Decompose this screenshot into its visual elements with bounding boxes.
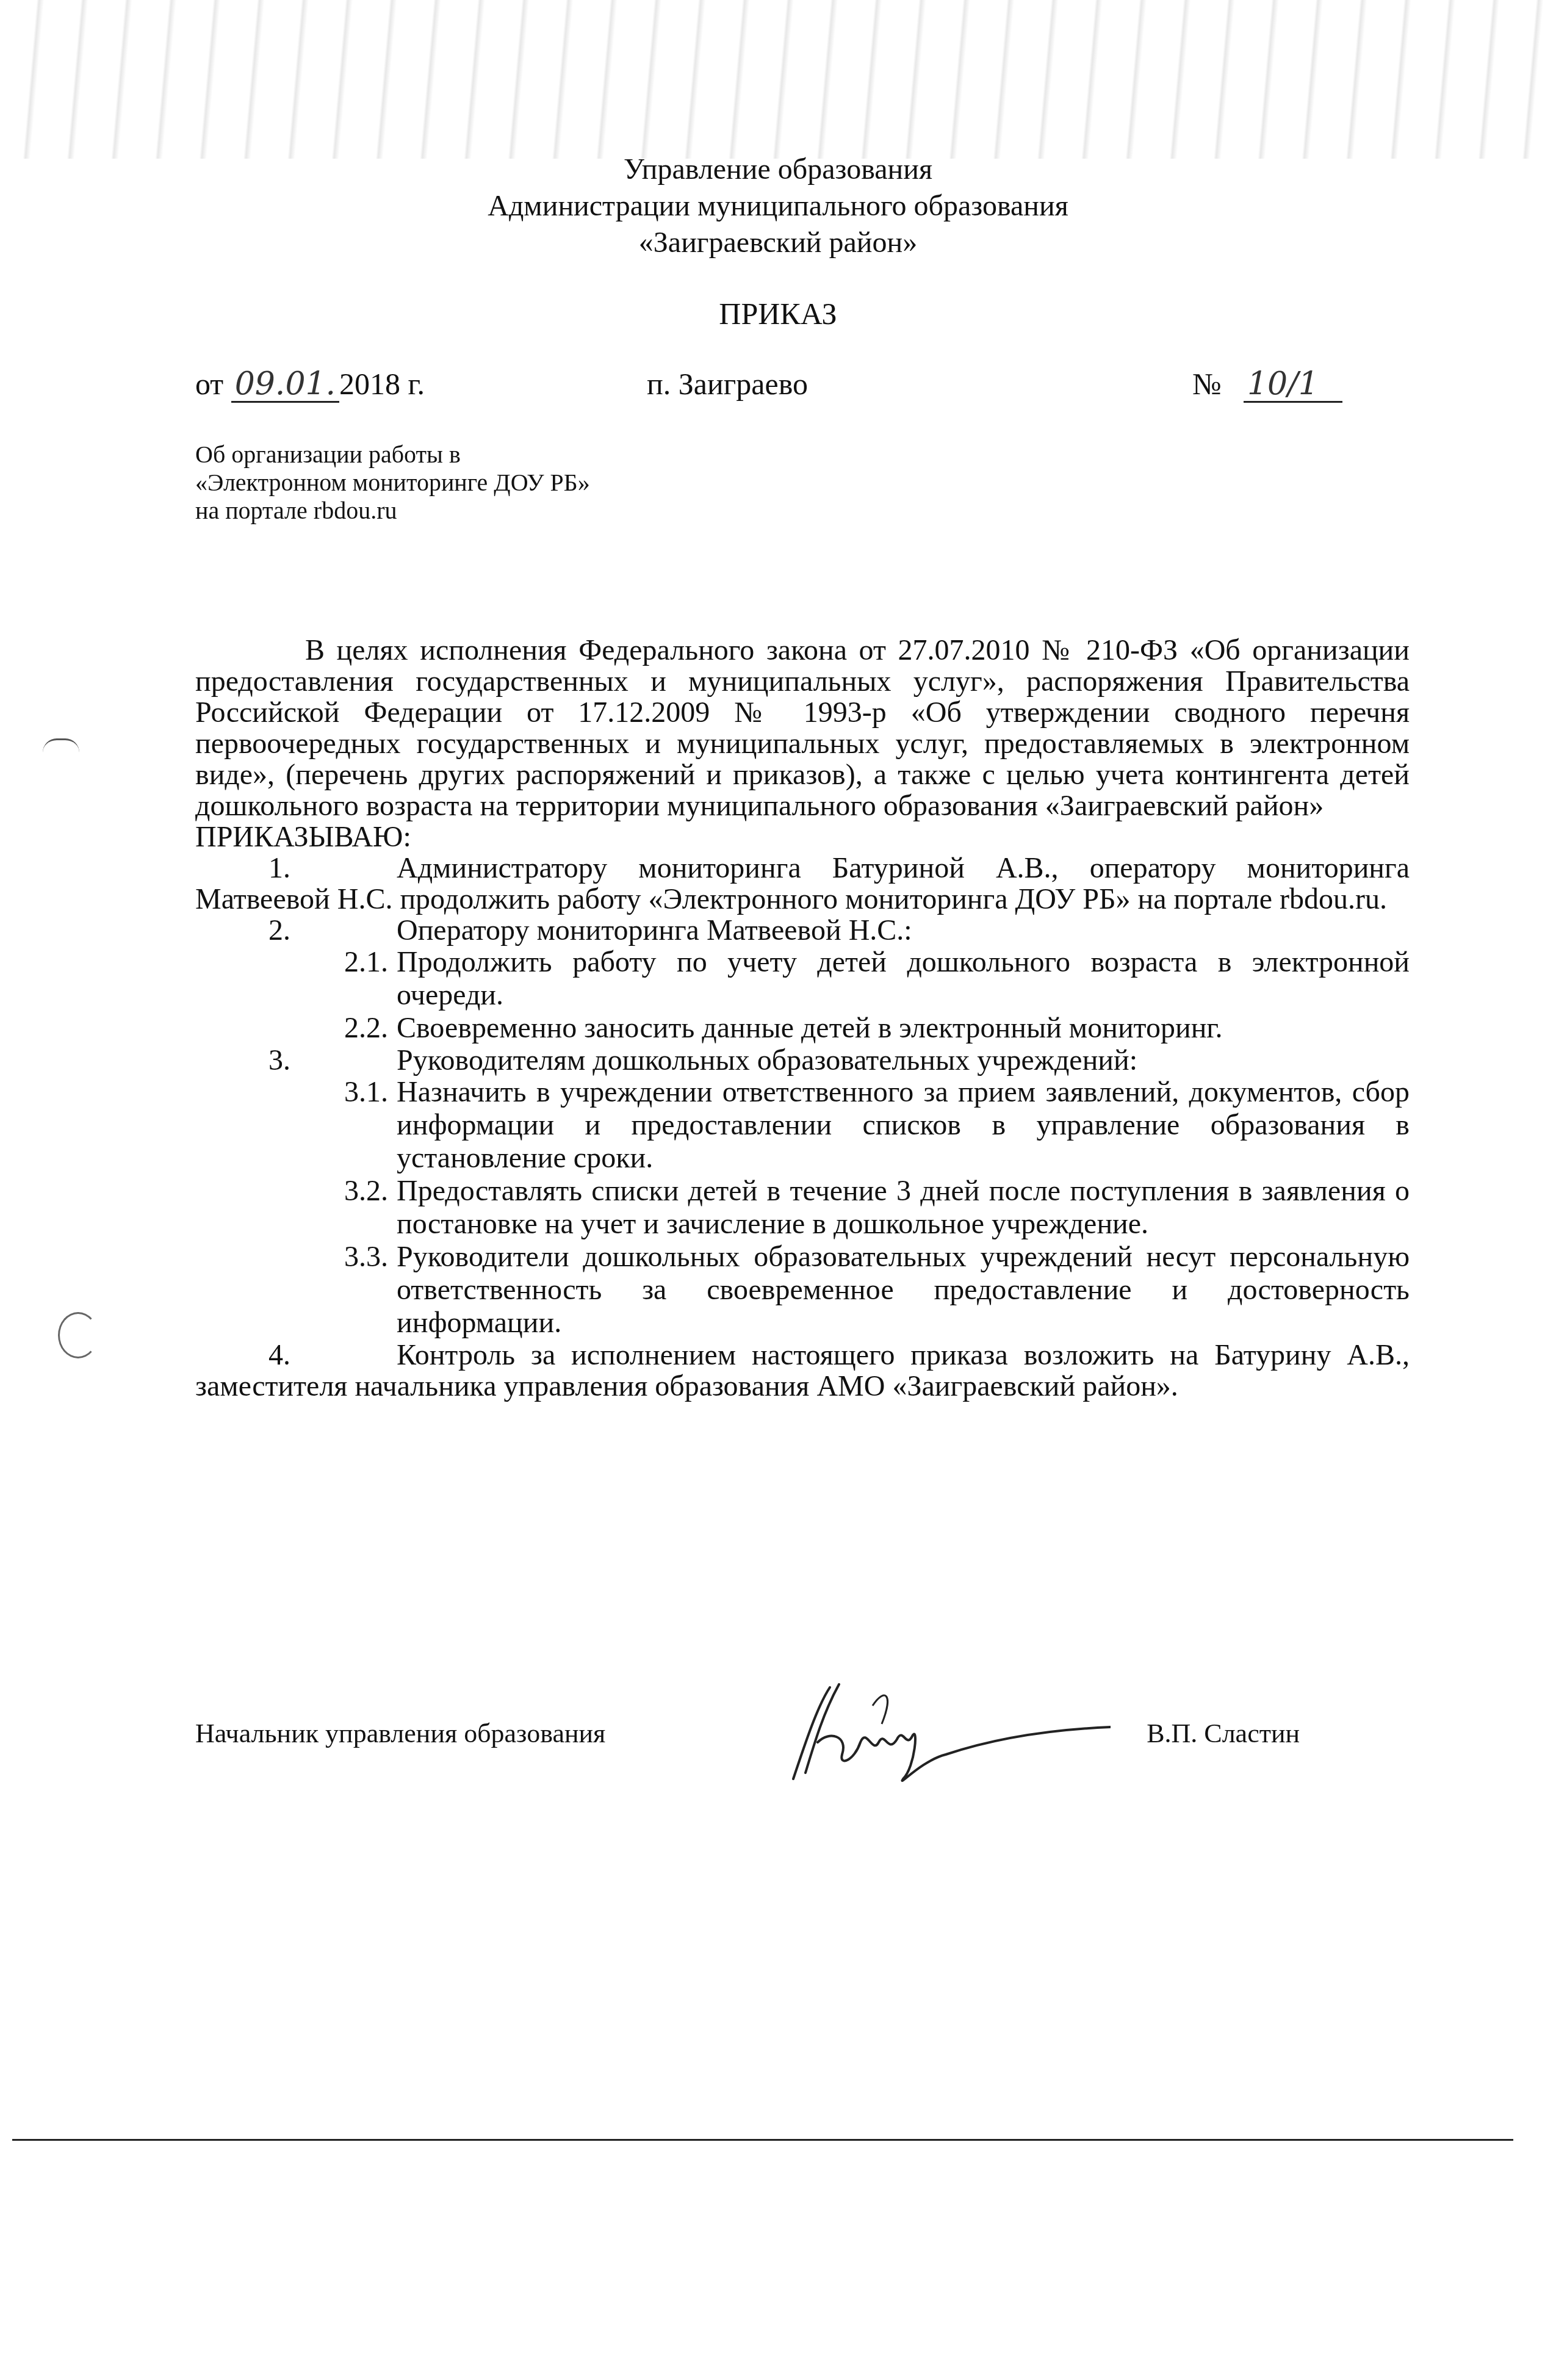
order-item-3: 3. Руководителям дошкольных образователь…	[195, 1045, 1410, 1076]
item-number: 2.	[195, 915, 397, 946]
order-subitem-3-1: 3.1. Назначить в учреждении ответственно…	[195, 1076, 1410, 1175]
preamble: В целях исполнения Федерального закона о…	[195, 635, 1410, 821]
subject-line-2: «Электронном мониторинге ДОУ РБ»	[195, 469, 590, 497]
date-prefix: от	[195, 367, 223, 401]
item-text: Оператору мониторинга Матвеевой Н.С.:	[397, 915, 1410, 946]
scan-noise-top	[0, 0, 1556, 159]
order-subitem-3-2: 3.2. Предоставлять списки детей в течени…	[195, 1175, 1410, 1241]
order-subitem-2-2: 2.2. Своевременно заносить данные детей …	[195, 1012, 1410, 1045]
subitem-number: 3.1.	[195, 1076, 397, 1175]
subitem-text: Продолжить работу по учету детей дошколь…	[397, 946, 1410, 1012]
order-word: ПРИКАЗЫВАЮ:	[195, 821, 1410, 853]
signatory-name: В.П. Сластин	[1147, 1718, 1300, 1749]
subitem-number: 3.2.	[195, 1175, 397, 1241]
order-place: п. Заиграево	[647, 366, 808, 402]
order-item-1: 1.Администратору мониторинга Батуриной А…	[195, 853, 1410, 915]
item-number: 1.	[268, 853, 397, 884]
item-1-paragraph: 1.Администратору мониторинга Батуриной А…	[195, 853, 1410, 915]
hole-punch-mark-icon	[58, 1312, 98, 1358]
subitem-number: 3.3.	[195, 1241, 397, 1340]
document-title: ПРИКАЗ	[0, 296, 1556, 331]
item-number: 4.	[268, 1340, 397, 1371]
order-subitem-3-3: 3.3. Руководители дошкольных образовател…	[195, 1241, 1410, 1340]
order-date: от 09.01.2018 г.	[195, 366, 425, 403]
order-item-4: 4.Контроль за исполнением настоящего при…	[195, 1340, 1410, 1402]
subject-line-1: Об организации работы в	[195, 441, 590, 469]
subitem-text: Назначить в учреждении ответственного за…	[397, 1076, 1410, 1175]
order-subject: Об организации работы в «Электронном мон…	[195, 441, 590, 525]
page-edge-line	[12, 2139, 1513, 2141]
signatory-role: Начальник управления образования	[195, 1718, 605, 1749]
subitem-text: Предоставлять списки детей в течение 3 д…	[397, 1175, 1410, 1241]
signature-block: Начальник управления образования В.П. Сл…	[195, 1718, 1300, 1767]
subject-line-3: на портале rbdou.ru	[195, 497, 590, 525]
header-district: «Заиграевский район»	[0, 225, 1556, 261]
dateline: от 09.01.2018 г. п. Заиграево № 10/1	[195, 366, 1342, 409]
scan-mark-icon	[43, 738, 79, 752]
item-number: 3.	[195, 1045, 397, 1076]
subitem-text: Своевременно заносить данные детей в эле…	[397, 1012, 1410, 1045]
order-subitem-2-1: 2.1. Продолжить работу по учету детей до…	[195, 946, 1410, 1012]
subitem-number: 2.2.	[195, 1012, 397, 1045]
item-text: Руководителям дошкольных образовательных…	[397, 1045, 1410, 1076]
header-administration: Администрации муниципального образования	[0, 188, 1556, 225]
number-label: №	[1192, 367, 1222, 401]
handwritten-number: 10/1	[1244, 367, 1342, 403]
subitem-number: 2.1.	[195, 946, 397, 1012]
order-number: № 10/1	[1192, 366, 1342, 403]
handwritten-signature-icon	[781, 1669, 1111, 1791]
handwritten-date: 09.01.	[231, 367, 339, 403]
order-item-2: 2. Оператору мониторинга Матвеевой Н.С.:	[195, 915, 1410, 946]
date-year: 2018 г.	[339, 367, 425, 401]
subitem-text: Руководители дошкольных образовательных …	[397, 1241, 1410, 1340]
header-organization: Управление образования	[0, 151, 1556, 188]
order-body: В целях исполнения Федерального закона о…	[195, 635, 1410, 1402]
